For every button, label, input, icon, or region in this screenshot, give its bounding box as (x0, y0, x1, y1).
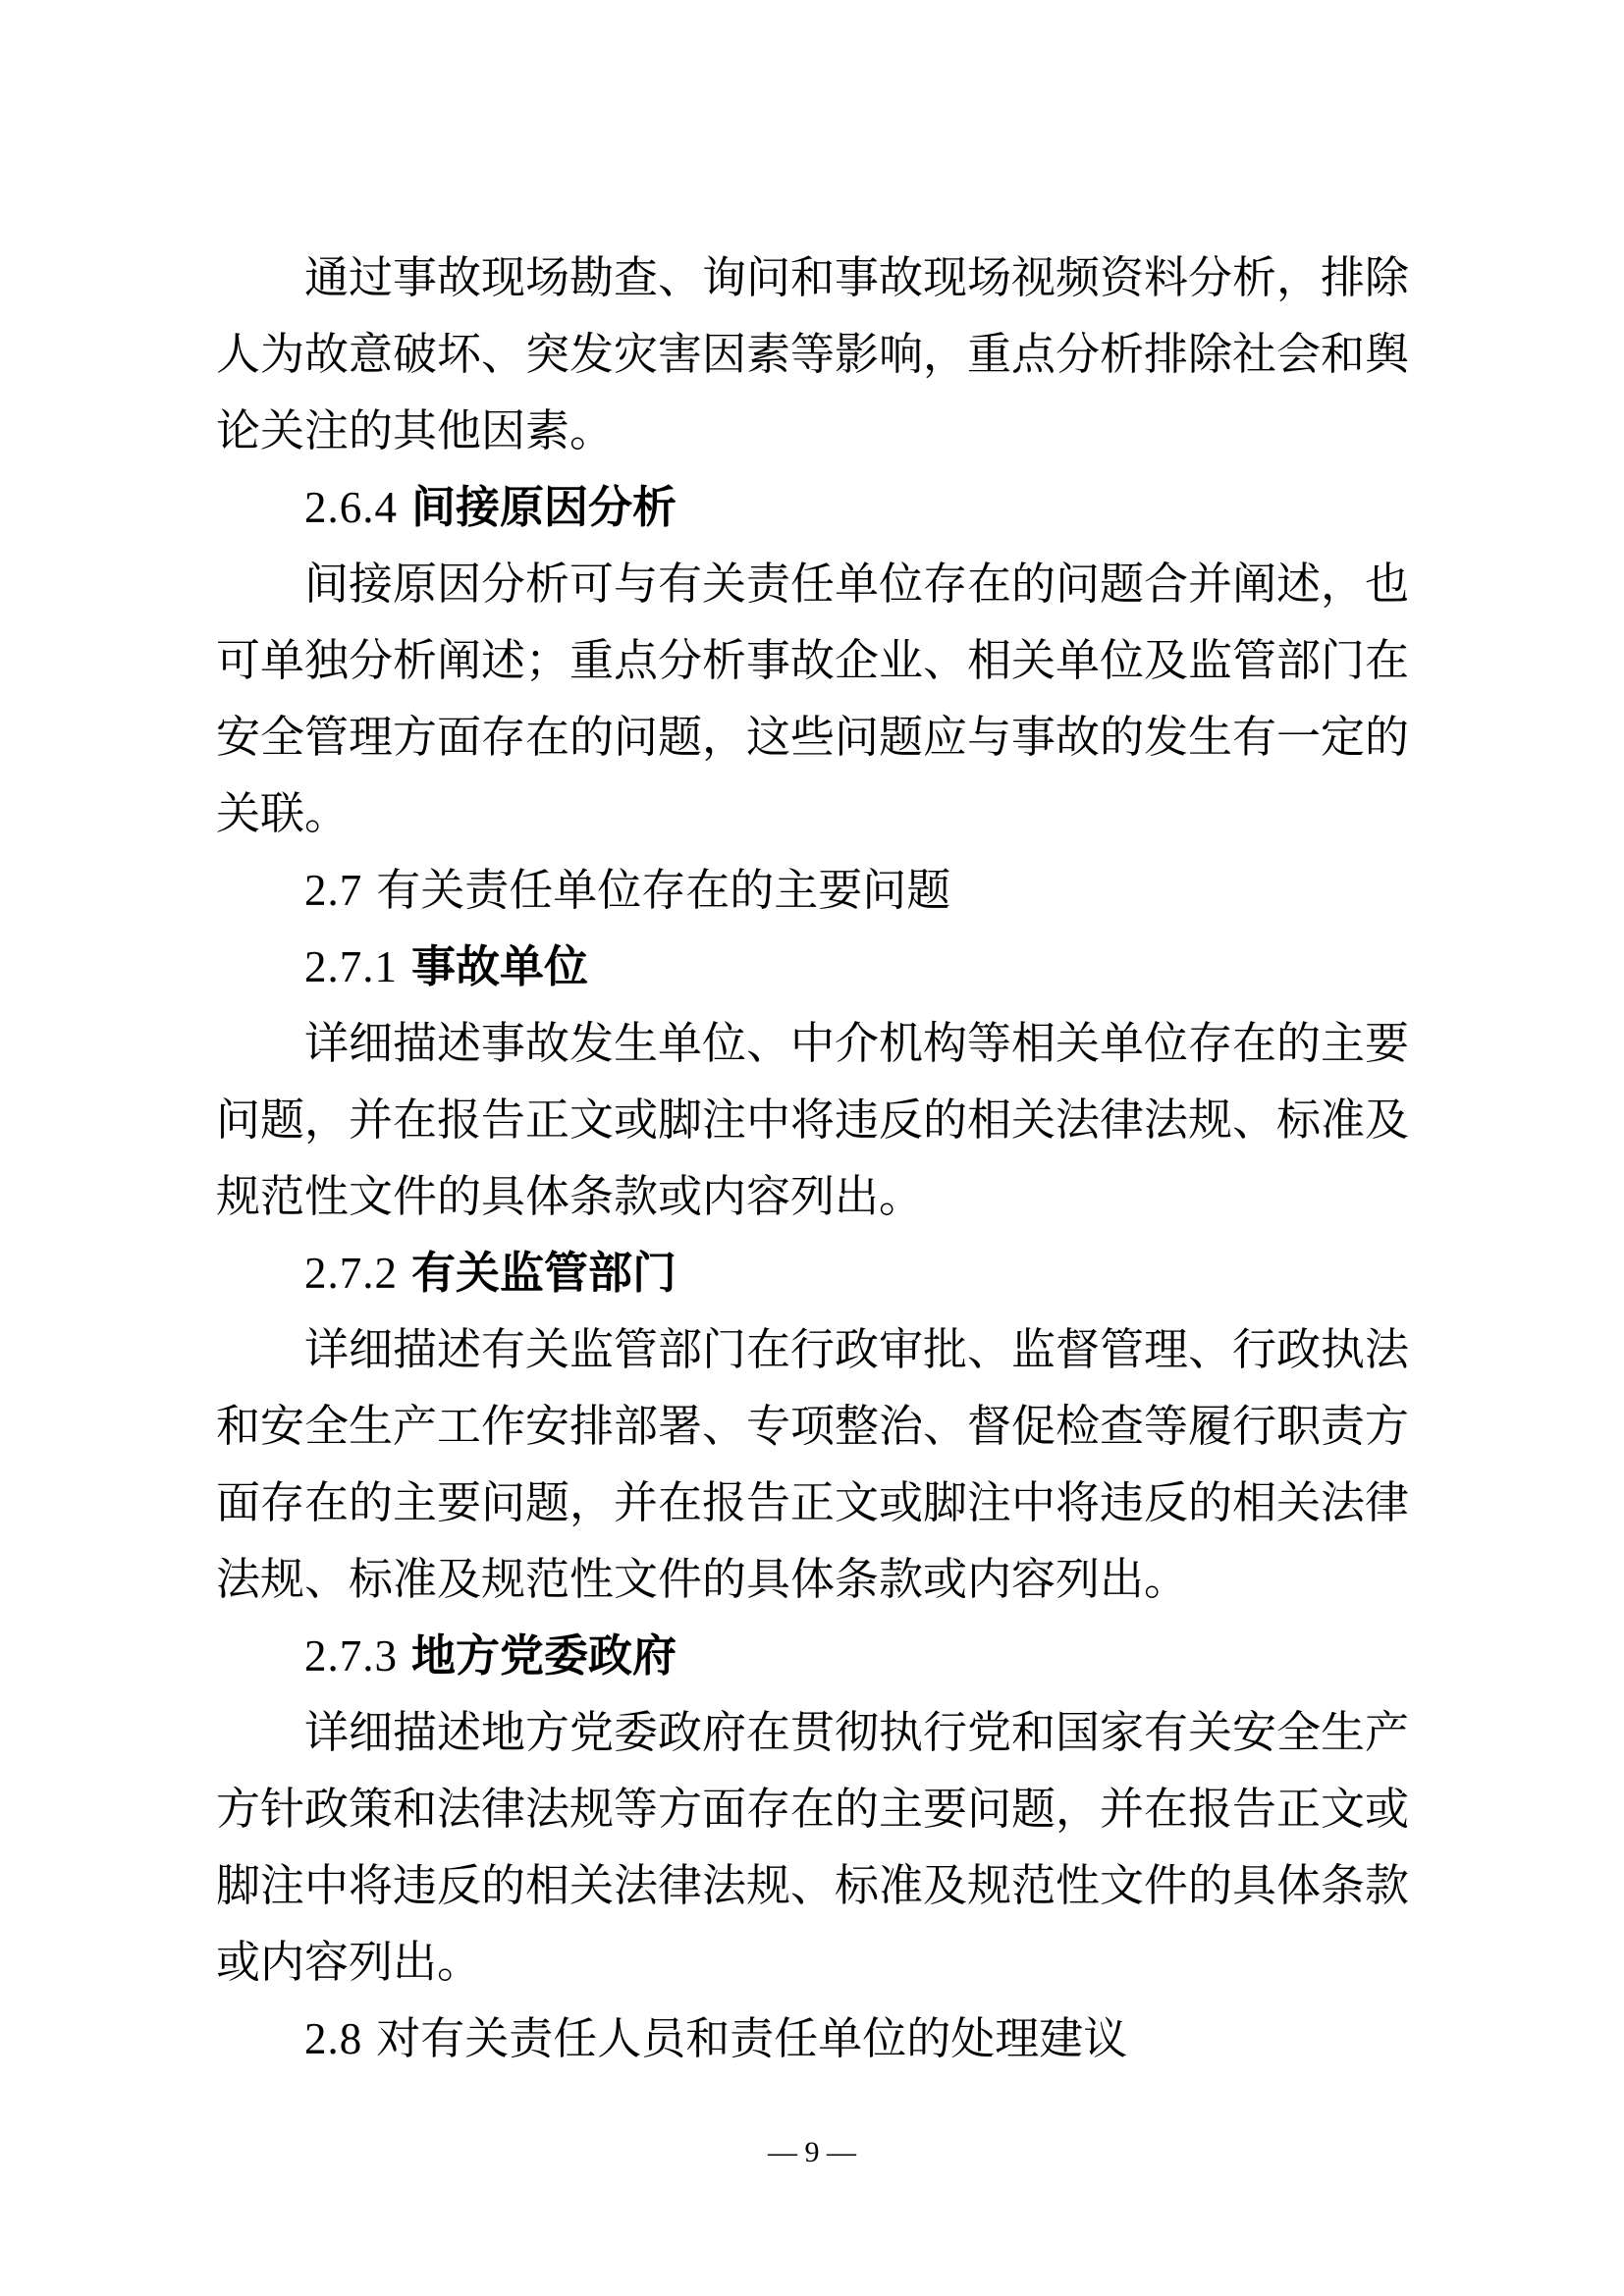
page-number: — 9 — (0, 2114, 1624, 2191)
section-number: 2.7.3 (304, 1631, 398, 1681)
section-heading-2-7-1: 2.7.1事故单位 (216, 929, 1409, 1005)
section-title: 事故单位 (411, 941, 588, 991)
paragraph: 间接原因分析可与有关责任单位存在的问题合并阐述，也可单独分析阐述；重点分析事故企… (216, 546, 1409, 852)
paragraph: 详细描述有关监管部门在行政审批、监督管理、行政执法和安全生产工作安排部署、专项整… (216, 1311, 1409, 1618)
section-heading-2-7-3: 2.7.3地方党委政府 (216, 1618, 1409, 1694)
section-number: 2.7.2 (304, 1249, 398, 1298)
section-number: 2.7.1 (304, 942, 398, 991)
section-title: 对有关责任人员和责任单位的处理建议 (376, 2014, 1127, 2063)
section-heading-2-6-4: 2.6.4间接原因分析 (216, 469, 1409, 546)
section-heading-2-7-2: 2.7.2有关监管部门 (216, 1235, 1409, 1311)
document-page: 通过事故现场勘查、询问和事故现场视频资料分析，排除人为故意破坏、突发灾害因素等影… (0, 0, 1624, 2296)
section-number: 2.6.4 (304, 483, 398, 532)
section-heading-2-7: 2.7有关责任单位存在的主要问题 (216, 852, 1409, 929)
section-title: 间接原因分析 (411, 482, 677, 532)
section-title: 有关监管部门 (411, 1248, 677, 1298)
section-number: 2.7 (304, 866, 362, 915)
paragraph: 通过事故现场勘查、询问和事故现场视频资料分析，排除人为故意破坏、突发灾害因素等影… (216, 240, 1409, 469)
paragraph: 详细描述地方党委政府在贯彻执行党和国家有关安全生产方针政策和法律法规等方面存在的… (216, 1694, 1409, 2001)
section-title: 有关责任单位存在的主要问题 (376, 866, 950, 915)
section-heading-2-8: 2.8对有关责任人员和责任单位的处理建议 (216, 2001, 1409, 2077)
section-number: 2.8 (304, 2014, 362, 2063)
paragraph: 详细描述事故发生单位、中介机构等相关单位存在的主要问题，并在报告正文或脚注中将违… (216, 1005, 1409, 1235)
section-title: 地方党委政府 (411, 1630, 677, 1681)
document-body: 通过事故现场勘查、询问和事故现场视频资料分析，排除人为故意破坏、突发灾害因素等影… (216, 240, 1409, 2077)
